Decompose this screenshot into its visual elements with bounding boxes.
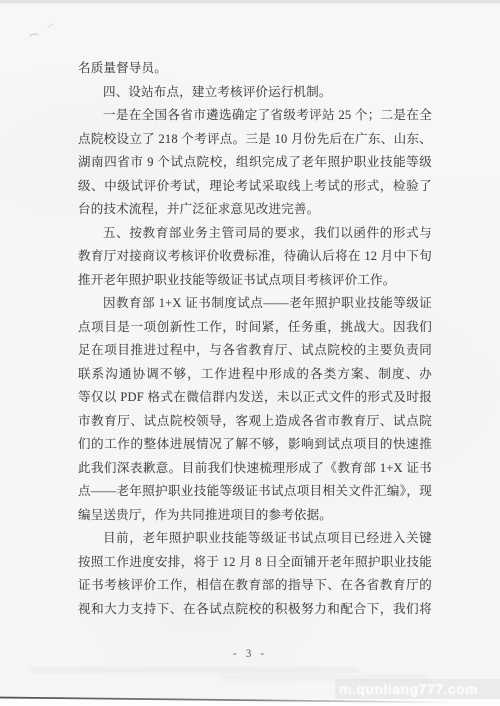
text-line: 目前，老年照护职业技能等级证书试点项目已经进入关键时期。 bbox=[78, 527, 432, 551]
text-line: 名质量督导员。 bbox=[78, 57, 432, 81]
text-line: 五、按教育部业务主管司局的要求，我们以函件的形式与各省市 bbox=[78, 222, 432, 246]
text-line: 台的技术流程，并广泛征求意见改进完善。 bbox=[78, 198, 432, 222]
text-line: 证书考核评价工作，相信在教育部的指导下、在各省教育厅的高度重 bbox=[78, 574, 432, 598]
text-line: 们的工作的整体进展情况了解不够，影响到试点项目的快速推进，对 bbox=[78, 433, 432, 457]
text-line: 点项目是一项创新性工作，时间紧，任务重，挑战大。因我们经验不 bbox=[78, 316, 432, 340]
scan-top-edge bbox=[0, 0, 500, 4]
text-line: 视和大力支持下、在各试点院校的积极努力和配合下，我们将全力以 bbox=[78, 598, 432, 622]
text-line: 点院校设立了 218 个考评点。三是 10 月份先后在广东、山东、天津、 bbox=[78, 128, 432, 152]
text-line: 推开老年照护职业技能等级证书试点项目考核评价工作。 bbox=[78, 269, 432, 293]
text-line: 足在项目推进过程中，与各省教育厅、试点院校的主要负责同志主动 bbox=[78, 339, 432, 363]
text-line: 编呈送贵厅，作为共同推进项目的参考依据。 bbox=[78, 504, 432, 528]
text-line: 此我们深表歉意。目前我们快速梳理形成了《教育部 1+X 证书制度试 bbox=[78, 457, 432, 481]
text-line: 点——老年照护职业技能等级证书试点项目相关文件汇编》，现将汇 bbox=[78, 480, 432, 504]
text-line: 教育厅对接商议考核评价收费标准，待确认后将在 12 月中下旬全面 bbox=[78, 245, 432, 269]
text-line: 市教育厅、试点院校领导，客观上造成各省市教育厅、试点院校对我 bbox=[78, 410, 432, 434]
pen-mark bbox=[26, 20, 68, 42]
text-line: 级、中级试评价考试，理论考试采取线上考试的形式，检验了考试平 bbox=[78, 175, 432, 199]
text-line: 等仅以 PDF 格式在微信群内发送，未以正式文件的形式及时报送各省 bbox=[78, 386, 432, 410]
text-line: 联系沟通协调不够，工作进程中形成的各类方案、制度、办法、通知 bbox=[78, 363, 432, 387]
text-line: 四、设站布点，建立考核评价运行机制。 bbox=[78, 81, 432, 105]
text-line: 按照工作进度安排，将于 12 月 8 日全面铺开老年照护职业技能等级 bbox=[78, 551, 432, 575]
document-body: 名质量督导员。四、设站布点，建立考核评价运行机制。一是在全国各省市遴选确定了省级… bbox=[78, 57, 432, 621]
text-line: 湖南四省市 9 个试点院校，组织完成了老年照护职业技能等级证书初 bbox=[78, 151, 432, 175]
text-line: 因教育部 1+X 证书制度试点——老年照护职业技能等级证书试 bbox=[78, 292, 432, 316]
text-line: 一是在全国各省市遴选确定了省级考评站 25 个；二是在全国试 bbox=[78, 104, 432, 128]
scanned-document-page: 名质量督导员。四、设站布点，建立考核评价运行机制。一是在全国各省市遴选确定了省级… bbox=[0, 0, 500, 706]
page-number: - 3 - bbox=[0, 648, 500, 660]
scan-bottom-edge-line bbox=[0, 690, 500, 706]
scan-smudge bbox=[30, 668, 360, 672]
